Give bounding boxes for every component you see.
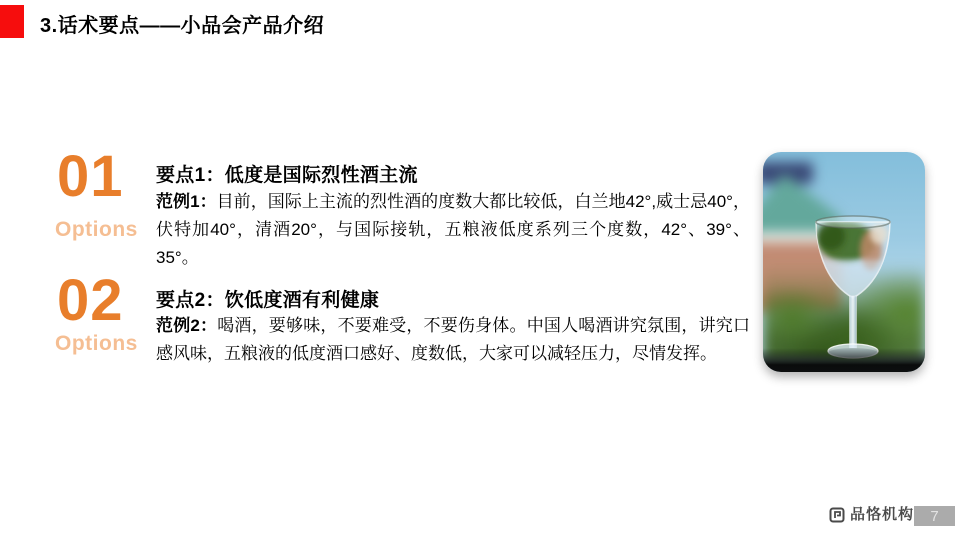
section-heading-02: 要点2：饮低度酒有利健康 (156, 285, 379, 312)
footer-logo: 品恪机构 (829, 506, 914, 524)
section-number-02: 02 (57, 272, 124, 330)
section-options-label-01: Options (55, 218, 138, 242)
logo-icon (829, 507, 845, 523)
section-body-01: 范例1：目前，国际上主流的烈性酒的度数大都比较低，白兰地42°,威士忌40°，伏… (156, 188, 750, 272)
section-heading-01: 要点1：低度是国际烈性酒主流 (156, 160, 418, 187)
example-text-02: 喝酒，要够味，不要难受，不要伤身体。中国人喝酒讲究氛围，讲究口感风味，五粮液的低… (156, 316, 750, 363)
section-options-label-02: Options (55, 332, 138, 356)
wine-glass-graphic (763, 152, 925, 372)
page-number: 7 (930, 508, 938, 525)
logo-text: 品恪机构 (850, 506, 914, 524)
wine-glass-photo (763, 152, 925, 372)
section-number-01: 01 (57, 148, 124, 206)
slide-title: 3.话术要点——小品会产品介绍 (40, 9, 324, 38)
photo-dark-edge (763, 348, 925, 372)
page-number-badge: 7 (914, 506, 955, 526)
section-body-02: 范例2：喝酒，要够味，不要难受，不要伤身体。中国人喝酒讲究氛围，讲究口感风味，五… (156, 312, 750, 368)
title-accent-block (0, 5, 24, 38)
example-text-01: 目前，国际上主流的烈性酒的度数大都比较低，白兰地42°,威士忌40°，伏特加40… (156, 192, 750, 267)
example-label-02: 范例2： (156, 316, 217, 335)
example-label-01: 范例1： (156, 192, 217, 211)
